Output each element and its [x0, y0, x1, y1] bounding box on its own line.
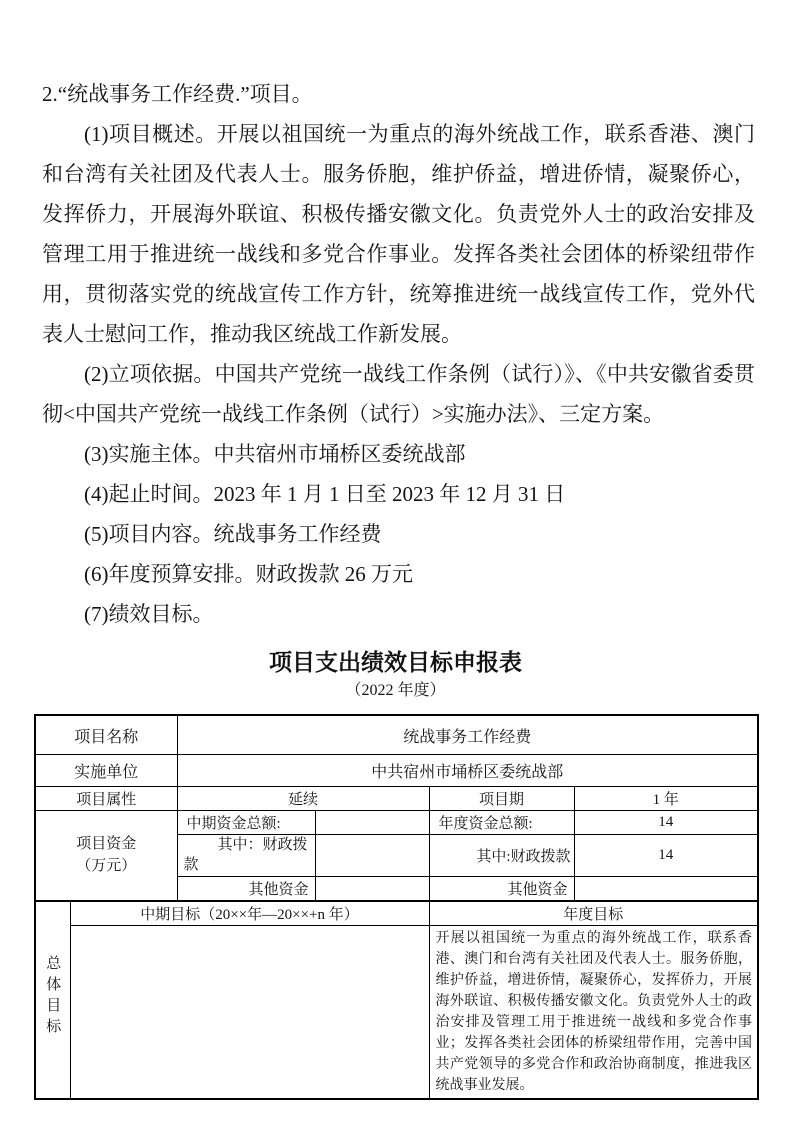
table-row: 开展以祖国统一为重点的海外统战工作，联系香港、澳门和台湾有关社团及代表人士。服务… [35, 925, 758, 1099]
annual-fiscal-label: 其中:财政拨款 [429, 835, 574, 877]
table-row: 项目属性 延续 项目期 1 年 [35, 787, 758, 811]
table-row: 项目资金 （万元） 中期资金总额: 年度资金总额: 14 [35, 811, 758, 835]
mid-fiscal-value [315, 835, 429, 877]
report-subtitle: （2022 年度） [34, 678, 757, 704]
mid-goal-content [70, 925, 429, 1099]
project-name-label: 项目名称 [35, 715, 177, 755]
table-row: 实施单位 中共宿州市埇桥区委统战部 [35, 755, 758, 787]
report-title: 项目支出绩效目标申报表 [34, 646, 757, 678]
paragraph-subject: (3)实施主体。中共宿州市埇桥区委统战部 [42, 434, 755, 474]
implement-unit-value: 中共宿州市埇桥区委统战部 [177, 755, 758, 787]
overall-goal-label-text: 总体目标 [42, 955, 63, 1039]
body-text: 2.“统战事务工作经费.”项目。 (1)项目概述。开展以祖国统一为重点的海外统战… [34, 74, 757, 634]
project-period-value: 1 年 [574, 787, 758, 811]
table-row: 总体目标 中期目标（20××年—20××+n 年） 年度目标 [35, 901, 758, 926]
mid-total-label: 中期资金总额: [177, 811, 315, 835]
section-heading: 2.“统战事务工作经费.”项目。 [42, 74, 755, 114]
paragraph-basis: (2)立项依据。中国共产党统一战线工作条例（试行）》、《中共安徽省委贯彻<中国共… [42, 354, 755, 434]
project-info-table: 项目名称 统战事务工作经费 实施单位 中共宿州市埇桥区委统战部 项目属性 延续 … [34, 714, 759, 902]
paragraph-performance: (7)绩效目标。 [42, 594, 755, 634]
paragraph-duration: (4)起止时间。2023 年 1 月 1 日至 2023 年 12 月 31 日 [42, 474, 755, 514]
mid-total-value [315, 811, 429, 835]
paragraph-budget: (6)年度预算安排。财政拨款 26 万元 [42, 554, 755, 594]
table-row: 项目名称 统战事务工作经费 [35, 715, 758, 755]
annual-total-value: 14 [574, 811, 758, 835]
implement-unit-label: 实施单位 [35, 755, 177, 787]
project-name-value: 统战事务工作经费 [177, 715, 758, 755]
overall-goal-table: 总体目标 中期目标（20××年—20××+n 年） 年度目标 开展以祖国统一为重… [34, 900, 759, 1100]
project-funds-label: 项目资金 （万元） [35, 811, 177, 901]
annual-goal-content: 开展以祖国统一为重点的海外统战工作，联系香港、澳门和台湾有关社团及代表人士。服务… [429, 925, 758, 1099]
annual-total-label: 年度资金总额: [429, 811, 574, 835]
paragraph-overview: (1)项目概述。开展以祖国统一为重点的海外统战工作，联系香港、澳门和台湾有关社团… [42, 114, 755, 354]
project-period-label: 项目期 [429, 787, 574, 811]
annual-other-value [574, 876, 758, 901]
overall-goal-label: 总体目标 [35, 901, 70, 1099]
annual-goal-header: 年度目标 [429, 901, 758, 926]
mid-other-label: 其他资金 [177, 876, 315, 901]
annual-other-label: 其他资金 [429, 876, 574, 901]
annual-fiscal-value: 14 [574, 835, 758, 877]
mid-fiscal-label: 其中：财政拨款 [177, 835, 315, 877]
document-page: 2.“统战事务工作经费.”项目。 (1)项目概述。开展以祖国统一为重点的海外统战… [0, 0, 793, 1122]
mid-other-value [315, 876, 429, 901]
mid-goal-header: 中期目标（20××年—20××+n 年） [70, 901, 429, 926]
project-attribute-value: 延续 [177, 787, 429, 811]
paragraph-content: (5)项目内容。统战事务工作经费 [42, 514, 755, 554]
project-attribute-label: 项目属性 [35, 787, 177, 811]
